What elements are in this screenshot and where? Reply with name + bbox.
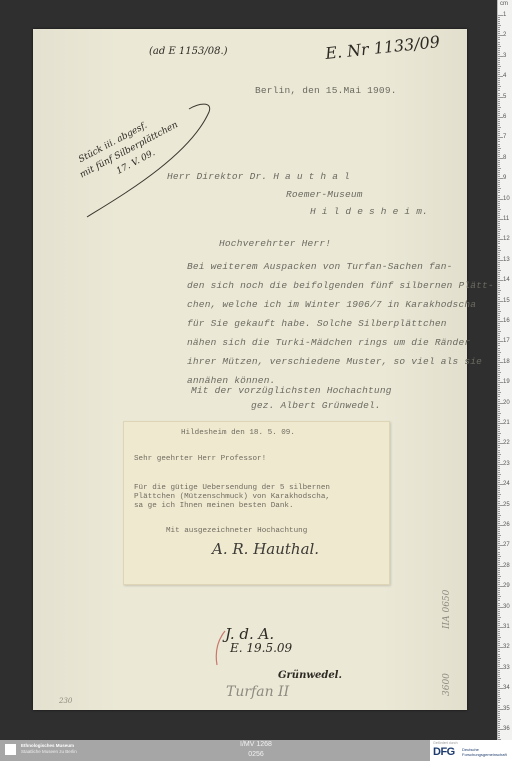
ruler-minor-tick — [498, 164, 500, 165]
ruler-minor-tick — [498, 323, 500, 324]
date-line: Berlin, den 15.Mai 1909. — [255, 85, 397, 96]
ruler-minor-tick — [498, 231, 500, 232]
dfg-sponsor-block: Gefördert durch DFG Deutsche Forschungsg… — [430, 740, 512, 761]
ruler-minor-tick — [498, 70, 500, 71]
ruler-minor-tick — [498, 82, 500, 83]
ruler-minor-tick — [498, 156, 500, 157]
ruler-minor-tick — [498, 166, 500, 167]
body-line: für Sie gekauft habe. Solche Silberplätt… — [187, 318, 447, 329]
ruler-minor-tick — [498, 370, 500, 371]
archive-ref-bracket: (ad E 1153/08.) — [149, 46, 228, 57]
ruler-minor-tick — [498, 392, 501, 393]
ruler-minor-tick — [498, 598, 500, 599]
ruler-minor-tick — [498, 380, 500, 381]
ruler-minor-tick — [498, 643, 500, 644]
ruler-minor-tick — [498, 572, 500, 573]
ruler-label: 18 — [503, 359, 510, 365]
body-line: Bei weiterem Auspacken von Turfan-Sachen… — [187, 261, 453, 272]
ruler-minor-tick — [498, 527, 500, 528]
ruler-minor-tick — [498, 31, 500, 32]
ruler-minor-tick — [498, 441, 500, 442]
ruler-minor-tick — [498, 309, 500, 310]
ruler-minor-tick — [498, 521, 500, 522]
ruler-minor-tick — [498, 450, 500, 451]
ruler-minor-tick — [498, 558, 500, 559]
ruler-minor-tick — [498, 86, 501, 87]
ruler-minor-tick — [498, 195, 500, 196]
recipient-line-3: H i l d e s h e i m. — [310, 206, 428, 217]
ruler-minor-tick — [498, 621, 500, 622]
ruler-minor-tick — [498, 60, 500, 61]
ruler-minor-tick — [498, 482, 500, 483]
ruler-minor-tick — [498, 84, 500, 85]
ruler-label: 7 — [503, 134, 506, 140]
ruler-minor-tick — [498, 331, 501, 332]
ruler-label: 26 — [503, 522, 510, 528]
ruler-minor-tick — [498, 184, 500, 185]
closing: Mit der vorzüglichsten Hochachtung — [191, 385, 392, 396]
ruler-label: 21 — [503, 420, 510, 426]
ruler-minor-tick — [498, 343, 500, 344]
ruler-minor-tick — [498, 317, 500, 318]
ruler-minor-tick — [498, 160, 500, 161]
ruler-label: 4 — [503, 73, 506, 79]
ruler-minor-tick — [498, 246, 500, 247]
ruler-minor-tick — [498, 152, 500, 153]
ruler-minor-tick — [498, 547, 500, 548]
ruler-minor-tick — [498, 52, 500, 53]
ruler-minor-tick — [498, 123, 500, 124]
ruler-minor-tick — [498, 580, 500, 581]
ruler-minor-tick — [498, 337, 500, 338]
ruler-label: 23 — [503, 461, 510, 467]
ruler-minor-tick — [498, 388, 500, 389]
ruler-minor-tick — [498, 494, 501, 495]
ruler-minor-tick — [498, 354, 500, 355]
ruler-minor-tick — [498, 211, 500, 212]
ruler-minor-tick — [498, 615, 500, 616]
ruler-minor-tick — [498, 447, 500, 448]
ruler-minor-tick — [498, 111, 500, 112]
ruler-minor-tick — [498, 352, 501, 353]
ruler-minor-tick — [498, 109, 500, 110]
ruler-minor-tick — [498, 600, 500, 601]
ruler-minor-tick — [498, 62, 500, 63]
ruler-label: 31 — [503, 624, 510, 630]
ruler-minor-tick — [498, 172, 500, 173]
ruler-minor-tick — [498, 115, 500, 116]
note-body-line: sa ge ich Ihnen meinen besten Dank. — [134, 502, 294, 510]
ruler-minor-tick — [498, 146, 500, 147]
ruler-minor-tick — [498, 533, 500, 534]
recipient-line-1: Herr Direktor Dr. H a u t h a l — [167, 171, 350, 182]
ruler-minor-tick — [498, 262, 500, 263]
ruler-minor-tick — [498, 225, 500, 226]
ruler-minor-tick — [498, 466, 500, 467]
sponsor-name-line2: Forschungsgemeinschaft — [462, 752, 507, 757]
ruler-label: 35 — [503, 706, 510, 712]
note-body-line: Für die gütige Uebersendung der 5 silber… — [134, 484, 330, 492]
ruler-minor-tick — [498, 705, 500, 706]
ruler-minor-tick — [498, 415, 500, 416]
ruler-minor-tick — [498, 609, 500, 610]
ruler-minor-tick — [498, 645, 500, 646]
ruler-label: 9 — [503, 175, 506, 181]
ruler-minor-tick — [498, 641, 500, 642]
ruler-minor-tick — [498, 682, 500, 683]
ruler-minor-tick — [498, 274, 500, 275]
ruler-minor-tick — [498, 80, 500, 81]
ruler-minor-tick — [498, 649, 500, 650]
ruler-minor-tick — [498, 625, 500, 626]
ruler-minor-tick — [498, 560, 500, 561]
ruler-minor-tick — [498, 366, 500, 367]
ruler-minor-tick — [498, 594, 500, 595]
ruler-label: 25 — [503, 502, 510, 508]
ruler-minor-tick — [498, 141, 500, 142]
ruler-minor-tick — [498, 99, 500, 100]
ruler-minor-tick — [498, 64, 500, 65]
ruler-minor-tick — [498, 372, 501, 373]
ruler-minor-tick — [498, 429, 500, 430]
ruler-minor-tick — [498, 258, 500, 259]
ruler-minor-tick — [498, 654, 500, 655]
ruler-minor-tick — [498, 460, 500, 461]
ruler-minor-tick — [498, 90, 500, 91]
ruler-minor-tick — [498, 105, 500, 106]
ruler-minor-tick — [498, 719, 501, 720]
ruler-minor-tick — [498, 101, 500, 102]
ruler-minor-tick — [498, 325, 500, 326]
ruler-minor-tick — [498, 135, 500, 136]
ruler-minor-tick — [498, 176, 500, 177]
typed-signature: gez. Albert Grünwedel. — [251, 400, 381, 411]
ruler-minor-tick — [498, 662, 500, 663]
ruler-minor-tick — [498, 356, 500, 357]
ruler-minor-tick — [498, 529, 500, 530]
ruler-minor-tick — [498, 103, 500, 104]
ruler-label: 22 — [503, 440, 510, 446]
ruler-minor-tick — [498, 186, 500, 187]
ruler-minor-tick — [498, 229, 501, 230]
ruler-minor-tick — [498, 425, 500, 426]
image-viewer: (ad E 1153/08.) E. Nr 1133/09 Berlin, de… — [0, 0, 498, 740]
ruler-minor-tick — [498, 605, 500, 606]
ruler-minor-tick — [498, 596, 501, 597]
ruler-minor-tick — [498, 698, 501, 699]
ruler-minor-tick — [498, 205, 500, 206]
ruler-minor-tick — [498, 23, 500, 24]
ruler-minor-tick — [498, 427, 500, 428]
ruler-minor-tick — [498, 39, 500, 40]
dfg-logo-icon: DFG — [433, 746, 455, 758]
ruler-minor-tick — [498, 468, 500, 469]
ruler-minor-tick — [498, 278, 500, 279]
ruler-minor-tick — [498, 690, 500, 691]
ruler-minor-tick — [498, 462, 500, 463]
ruler-minor-tick — [498, 445, 500, 446]
ruler-minor-tick — [498, 284, 500, 285]
ruler-minor-tick — [498, 313, 500, 314]
ruler-minor-tick — [498, 725, 500, 726]
ruler-minor-tick — [498, 490, 500, 491]
ruler-minor-tick — [498, 27, 500, 28]
ruler-minor-tick — [498, 358, 500, 359]
ruler-minor-tick — [498, 666, 500, 667]
ruler-minor-tick — [498, 501, 500, 502]
ruler-label: 29 — [503, 583, 510, 589]
ruler-minor-tick — [498, 213, 500, 214]
ruler-minor-tick — [498, 637, 501, 638]
ruler-minor-tick — [498, 250, 501, 251]
ruler-minor-tick — [498, 345, 500, 346]
ruler-minor-tick — [498, 656, 500, 657]
ruler-minor-tick — [498, 170, 500, 171]
ruler-minor-tick — [498, 437, 500, 438]
ruler-label: 3 — [503, 53, 506, 59]
ruler-minor-tick — [498, 713, 500, 714]
salutation: Hochverehrter Herr! — [219, 238, 331, 249]
marginal-note-loop — [79, 97, 219, 227]
ruler-minor-tick — [498, 576, 501, 577]
body-line: ihrer Mützen, verschiedene Muster, so vi… — [187, 356, 482, 367]
ruler-minor-tick — [498, 588, 500, 589]
ruler-minor-tick — [498, 658, 501, 659]
ruler-minor-tick — [498, 578, 500, 579]
ruler-minor-tick — [498, 570, 500, 571]
ruler-minor-tick — [498, 433, 501, 434]
ruler-minor-tick — [498, 348, 500, 349]
ruler-minor-tick — [498, 480, 500, 481]
ruler-minor-tick — [498, 207, 500, 208]
ruler-minor-tick — [498, 174, 500, 175]
ruler-minor-tick — [498, 562, 500, 563]
ruler-minor-tick — [498, 248, 500, 249]
ruler-minor-tick — [498, 303, 500, 304]
ruler-minor-tick — [498, 119, 500, 120]
ruler-label: 2 — [503, 32, 506, 38]
ruler-minor-tick — [498, 131, 500, 132]
ruler-minor-tick — [498, 680, 500, 681]
ruler-minor-tick — [498, 25, 501, 26]
ruler-minor-tick — [498, 376, 500, 377]
ruler-minor-tick — [498, 603, 500, 604]
side-number-lower: 3600 — [442, 673, 452, 696]
ruler-minor-tick — [498, 474, 501, 475]
ruler-label: 20 — [503, 400, 510, 406]
ruler-minor-tick — [498, 684, 500, 685]
ruler-minor-tick — [498, 282, 500, 283]
ruler-minor-tick — [498, 78, 500, 79]
ruler-minor-tick — [498, 168, 501, 169]
ruler-label: 1 — [503, 12, 506, 18]
ruler-minor-tick — [498, 29, 500, 30]
ruler-minor-tick — [498, 264, 500, 265]
note-body-line: Plättchen (Mützenschmuck) von Karakhodsc… — [134, 493, 330, 501]
ruler-minor-tick — [498, 674, 500, 675]
ruler-minor-tick — [498, 531, 500, 532]
ruler-minor-tick — [498, 717, 500, 718]
ruler-minor-tick — [498, 378, 500, 379]
ruler-minor-tick — [498, 537, 500, 538]
ruler-minor-tick — [498, 72, 500, 73]
ruler-label: 8 — [503, 155, 506, 161]
ruler-minor-tick — [498, 42, 500, 43]
ruler-minor-tick — [498, 154, 500, 155]
ruler-minor-tick — [498, 503, 500, 504]
ruler-minor-tick — [498, 399, 500, 400]
ruler-minor-tick — [498, 270, 501, 271]
ruler-minor-tick — [498, 319, 500, 320]
ruler-minor-tick — [498, 517, 500, 518]
ruler-minor-tick — [498, 582, 500, 583]
ruler-minor-tick — [498, 235, 500, 236]
note-signature: A. R. Hauthal. — [212, 540, 319, 558]
ruler-minor-tick — [498, 162, 500, 163]
attached-reply-note: Hildesheim den 18. 5. 09. Sehr geehrter … — [123, 421, 390, 585]
ruler-minor-tick — [498, 470, 500, 471]
ruler-minor-tick — [498, 678, 501, 679]
received-date-annotation: E. 19.5.09 — [230, 641, 292, 655]
note-closing: Mit ausgezeichneter Hochachtung — [166, 527, 307, 535]
cm-ruler: cm 1234567891011121314151617181920212223… — [497, 0, 512, 740]
ruler-label: 28 — [503, 563, 510, 569]
ruler-minor-tick — [498, 592, 500, 593]
ruler-minor-tick — [498, 700, 500, 701]
ruler-minor-tick — [498, 290, 501, 291]
ruler-minor-tick — [498, 286, 500, 287]
ruler-minor-tick — [498, 496, 500, 497]
ruler-minor-tick — [498, 568, 500, 569]
ruler-minor-tick — [498, 737, 500, 738]
ruler-minor-tick — [498, 454, 501, 455]
ruler-minor-tick — [498, 635, 500, 636]
ruler-minor-tick — [498, 339, 500, 340]
ruler-minor-tick — [498, 629, 500, 630]
ruler-minor-tick — [498, 574, 500, 575]
ruler-minor-tick — [498, 113, 500, 114]
ruler-minor-tick — [498, 623, 500, 624]
ruler-label: 24 — [503, 481, 510, 487]
ruler-minor-tick — [498, 190, 500, 191]
ruler-minor-tick — [498, 405, 500, 406]
ruler-minor-tick — [498, 509, 500, 510]
ruler-minor-tick — [498, 237, 500, 238]
ruler-minor-tick — [498, 727, 500, 728]
ruler-minor-tick — [498, 696, 500, 697]
ruler-minor-tick — [498, 458, 500, 459]
ruler-minor-tick — [498, 511, 500, 512]
ruler-minor-tick — [498, 243, 500, 244]
body-line: chen, welche ich im Winter 1906/7 in Kar… — [187, 299, 476, 310]
ruler-minor-tick — [498, 396, 500, 397]
ruler-minor-tick — [498, 492, 500, 493]
ruler-label: 30 — [503, 604, 510, 610]
ruler-minor-tick — [498, 364, 500, 365]
ruler-minor-tick — [498, 535, 501, 536]
ruler-minor-tick — [498, 268, 500, 269]
ruler-minor-tick — [498, 611, 500, 612]
ruler-minor-tick — [498, 335, 500, 336]
ruler-minor-tick — [498, 241, 500, 242]
ruler-minor-tick — [498, 452, 500, 453]
ruler-label: 14 — [503, 277, 510, 283]
ruler-minor-tick — [498, 613, 500, 614]
side-number-upper: IIA 0650 — [442, 590, 452, 629]
recipient-line-2: Roemer-Museum — [286, 189, 363, 200]
ruler-minor-tick — [498, 721, 500, 722]
ruler-minor-tick — [498, 692, 500, 693]
ruler-minor-tick — [498, 252, 500, 253]
ruler-minor-tick — [498, 133, 500, 134]
ruler-minor-tick — [498, 417, 500, 418]
ruler-minor-tick — [498, 129, 500, 130]
ruler-minor-tick — [498, 715, 500, 716]
ruler-minor-tick — [498, 276, 500, 277]
ruler-minor-tick — [498, 288, 500, 289]
ruler-minor-tick — [498, 676, 500, 677]
ruler-minor-tick — [498, 513, 500, 514]
ruler-minor-tick — [498, 150, 500, 151]
ruler-minor-tick — [498, 478, 500, 479]
ruler-minor-tick — [498, 472, 500, 473]
letter-sheet: (ad E 1153/08.) E. Nr 1133/09 Berlin, de… — [33, 29, 467, 710]
ruler-minor-tick — [498, 19, 500, 20]
ruler-minor-tick — [498, 93, 500, 94]
ruler-minor-tick — [498, 201, 500, 202]
pencil-turfan-note: Turfan II — [226, 684, 289, 700]
ruler-minor-tick — [498, 401, 500, 402]
ruler-minor-tick — [498, 507, 500, 508]
ruler-minor-tick — [498, 664, 500, 665]
ruler-minor-tick — [498, 723, 500, 724]
ruler-minor-tick — [498, 543, 500, 544]
page-number-annotation: 230 — [59, 697, 72, 705]
ruler-label: 27 — [503, 542, 510, 548]
ruler-minor-tick — [498, 476, 500, 477]
ruler-minor-tick — [498, 651, 500, 652]
ruler-minor-tick — [498, 266, 500, 267]
ruler-minor-tick — [498, 233, 500, 234]
ruler-minor-tick — [498, 556, 501, 557]
ruler-minor-tick — [498, 670, 500, 671]
ruler-minor-tick — [498, 315, 500, 316]
ruler-minor-tick — [498, 539, 500, 540]
ruler-minor-tick — [498, 694, 500, 695]
ruler-minor-tick — [498, 209, 501, 210]
ruler-minor-tick — [498, 272, 500, 273]
ruler-minor-tick — [498, 590, 500, 591]
note-date-line: Hildesheim den 18. 5. 09. — [181, 429, 295, 437]
ruler-label: 16 — [503, 318, 510, 324]
ruler-minor-tick — [498, 439, 500, 440]
ruler-minor-tick — [498, 360, 500, 361]
ruler-minor-tick — [498, 148, 501, 149]
ruler-minor-tick — [498, 368, 500, 369]
ruler-unit: cm — [500, 1, 508, 7]
ruler-minor-tick — [498, 413, 501, 414]
ruler-minor-tick — [498, 386, 500, 387]
ruler-minor-tick — [498, 107, 501, 108]
ruler-minor-tick — [498, 707, 500, 708]
ruler-label: 15 — [503, 298, 510, 304]
ruler-minor-tick — [498, 297, 500, 298]
ruler-minor-tick — [498, 631, 500, 632]
ruler-label: 12 — [503, 236, 510, 242]
ruler-minor-tick — [498, 66, 501, 67]
ruler-minor-tick — [498, 48, 500, 49]
ruler-minor-tick — [498, 203, 500, 204]
